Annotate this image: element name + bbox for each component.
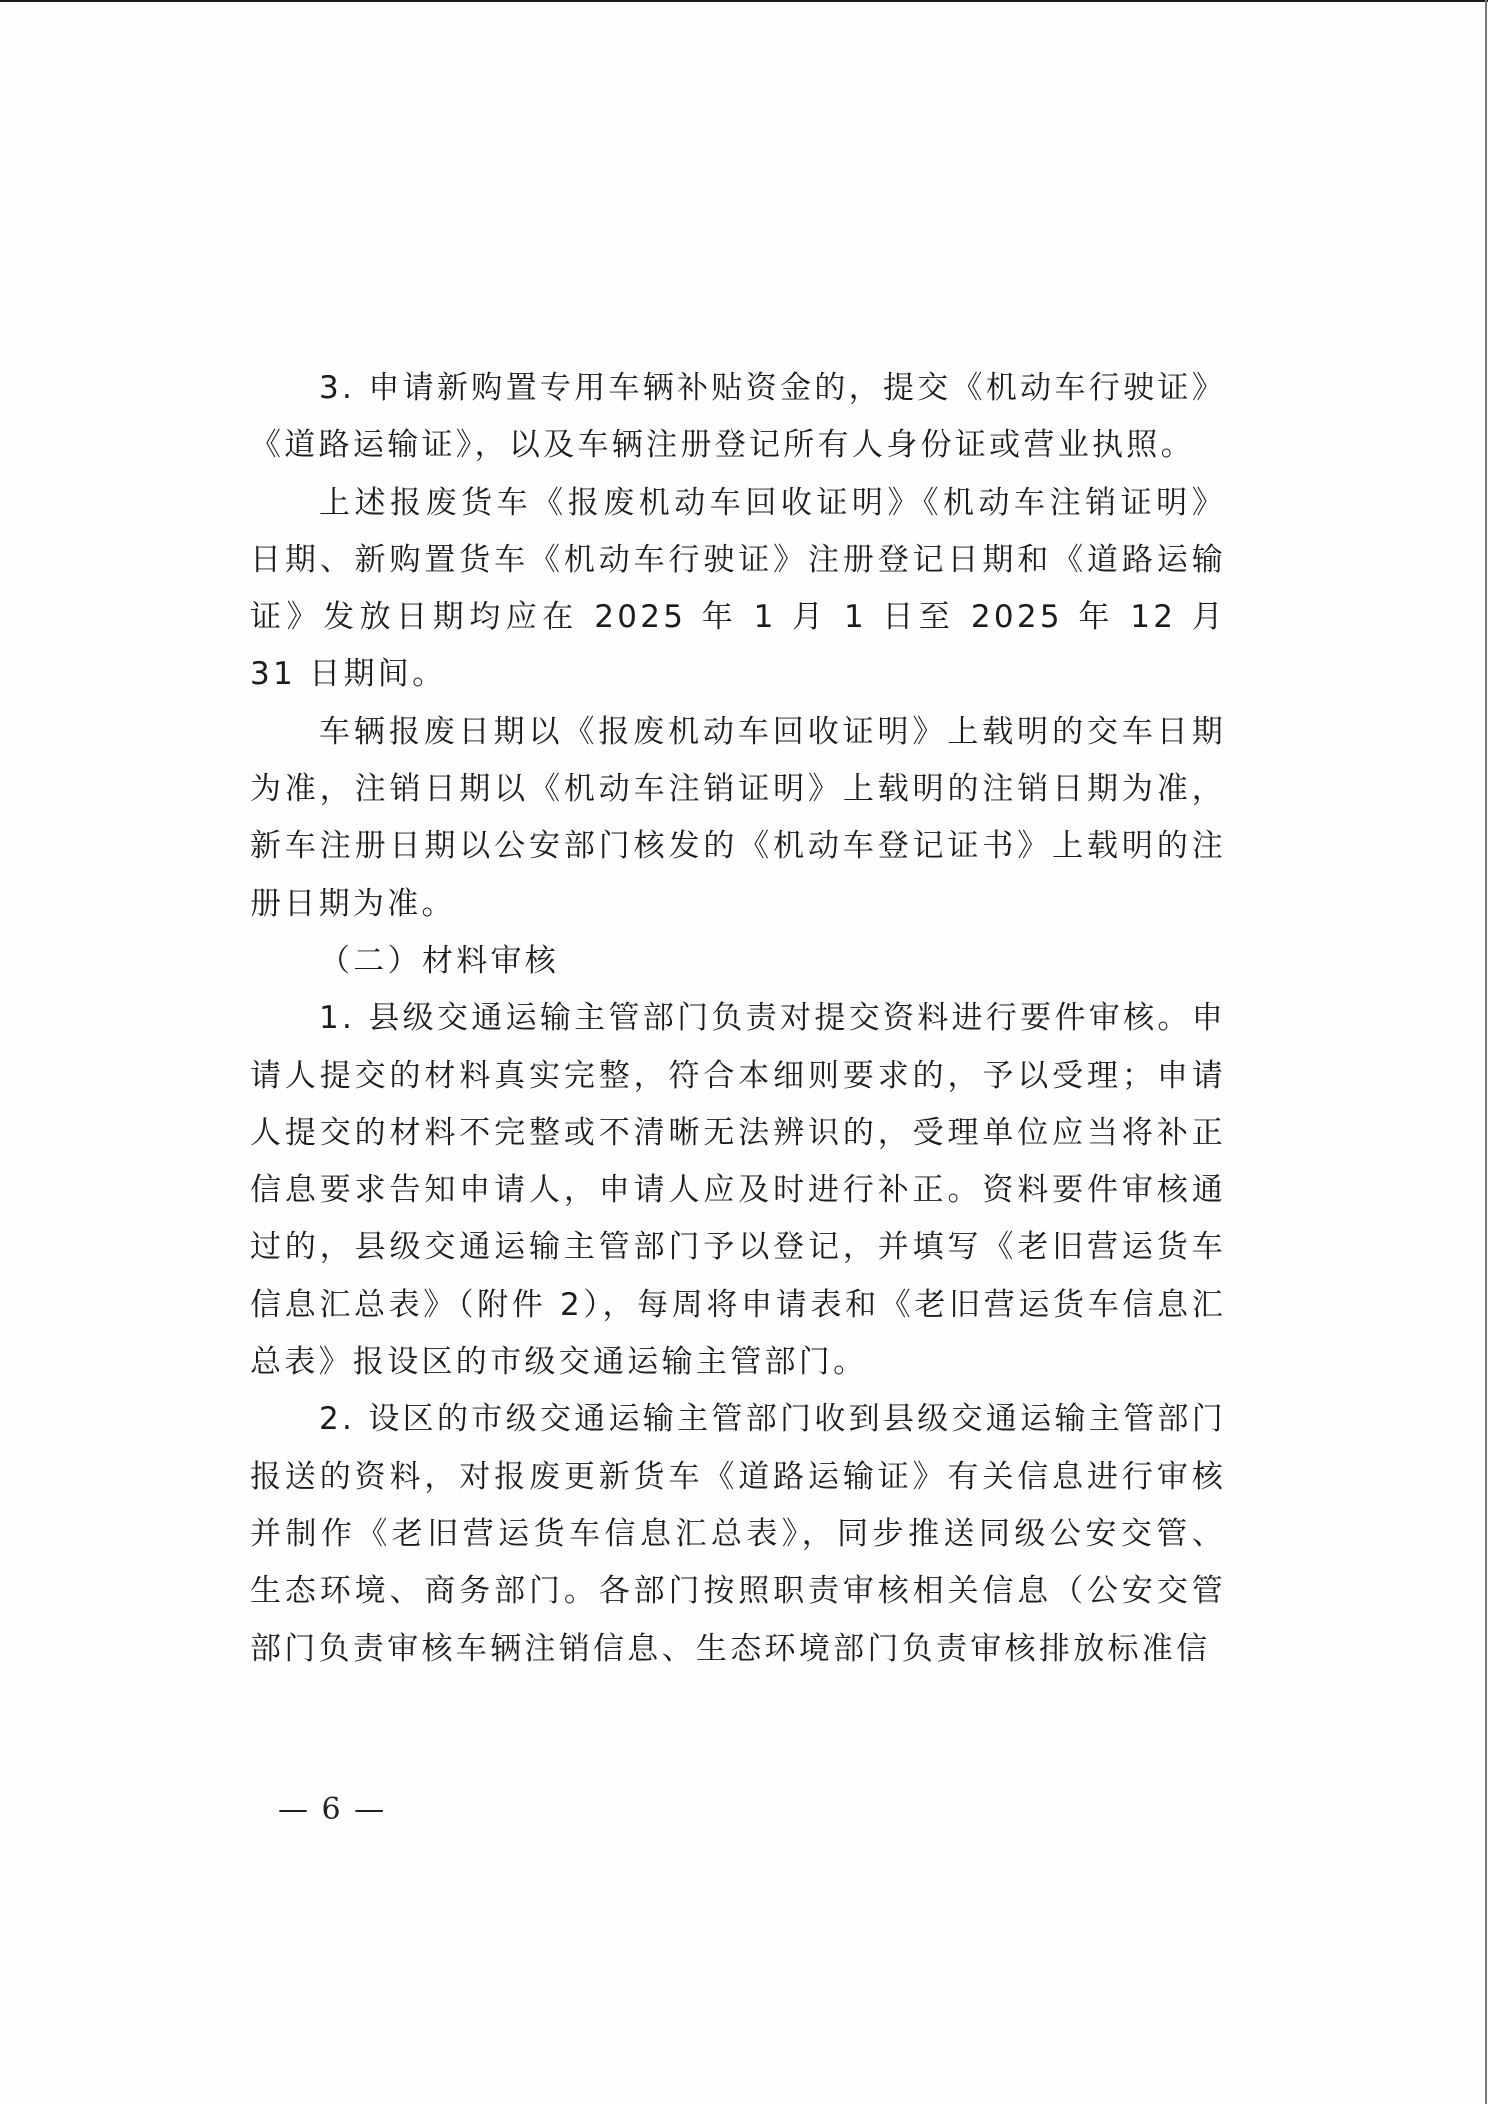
paragraph-review-item-1: 1. 县级交通运输主管部门负责对提交资料进行要件审核。申请人提交的材料真实完整，… — [250, 990, 1226, 1391]
paragraph-date-basis: 车辆报废日期以《报废机动车回收证明》上载明的交车日期为准，注销日期以《机动车注销… — [250, 704, 1226, 933]
scan-right-border — [1485, 0, 1487, 2104]
scan-top-border — [0, 0, 1488, 2]
paragraph-review-item-2: 2. 设区的市级交通运输主管部门收到县级交通运输主管部门报送的资料，对报废更新货… — [250, 1391, 1226, 1677]
paragraph-item-3: 3. 申请新购置专用车辆补贴资金的，提交《机动车行驶证》《道路运输证》，以及车辆… — [250, 360, 1226, 475]
paragraph-dates-requirement: 上述报废货车《报废机动车回收证明》《机动车注销证明》日期、新购置货车《机动车行驶… — [250, 475, 1226, 704]
section-heading: （二）材料审核 — [250, 933, 1226, 990]
body-text: 3. 申请新购置专用车辆补贴资金的，提交《机动车行驶证》《道路运输证》，以及车辆… — [250, 360, 1226, 1678]
page-number: — 6 — — [278, 1792, 386, 1827]
document-page: 3. 申请新购置专用车辆补贴资金的，提交《机动车行驶证》《道路运输证》，以及车辆… — [0, 0, 1488, 2104]
